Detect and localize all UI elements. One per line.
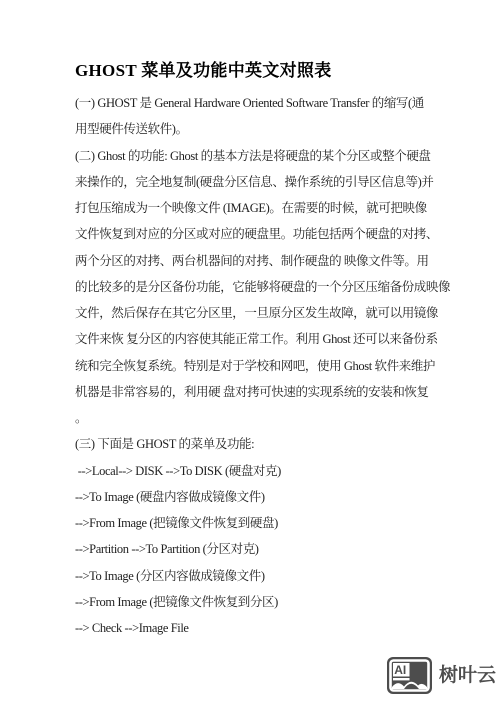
document-body: (一) GHOST 是 General Hardware Oriented So… (75, 90, 475, 641)
doc-line: 文件，然后保存在其它分区里，一旦原分区发生故障，就可以用镜像 (75, 300, 475, 326)
doc-line: -->To Image (硬盘内容做成镜像文件) (75, 484, 475, 510)
ai-image-icon: AI (387, 657, 432, 694)
doc-line: -->From Image (把镜像文件恢复到硬盘) (75, 510, 475, 536)
doc-line: 文件来恢 复分区的内容使其能正常工作。利用 Ghost 还可以来备份系 (75, 326, 475, 352)
doc-line: 的比较多的是分区备份功能，它能够将硬盘的一个分区压缩备份成映像 (75, 274, 475, 300)
doc-line: 两个分区的对拷、两台机器间的对拷、制作硬盘的 映像文件等。用 (75, 248, 475, 274)
doc-line: 统和完全恢复系统。特别是对于学校和网吧，使用 Ghost 软件来维护 (75, 353, 475, 379)
doc-line: 用型硬件传送软件)。 (75, 116, 475, 142)
svg-text:AI: AI (394, 663, 406, 677)
doc-line: -->Local--> DISK -->To DISK (硬盘对克) (75, 458, 475, 484)
doc-line: (一) GHOST 是 General Hardware Oriented So… (75, 90, 475, 116)
doc-line: 机器是非常容易的，利用硬 盘对拷可快速的实现系统的安装和恢复 (75, 379, 475, 405)
doc-line: -->Partition -->To Partition (分区对克) (75, 536, 475, 562)
doc-line: -->From Image (把镜像文件恢复到分区) (75, 589, 475, 615)
doc-line: 打包压缩成为一个映像文件 (IMAGE)。在需要的时候，就可把映像 (75, 195, 475, 221)
doc-line: --> Check -->Image File (75, 615, 475, 641)
document-title: GHOST 菜单及功能中英文对照表 (75, 58, 332, 84)
doc-line: 。 (75, 405, 475, 431)
doc-line: 来操作的，完全地复制(硬盘分区信息、操作系统的引导区信息等)并 (75, 169, 475, 195)
doc-line: -->To Image (分区内容做成镜像文件) (75, 563, 475, 589)
doc-line: 文件恢复到对应的分区或对应的硬盘里。功能包括两个硬盘的对拷、 (75, 221, 475, 247)
document-page: GHOST 菜单及功能中英文对照表 (一) GHOST 是 General Ha… (0, 0, 500, 707)
doc-line: (三) 下面是 GHOST 的菜单及功能: (75, 431, 475, 457)
doc-line: (二) Ghost 的功能: Ghost 的基本方法是将硬盘的某个分区或整个硬盘 (75, 143, 475, 169)
watermark: AI 树叶云 (387, 657, 496, 694)
watermark-brand-text: 树叶云 (439, 657, 496, 694)
